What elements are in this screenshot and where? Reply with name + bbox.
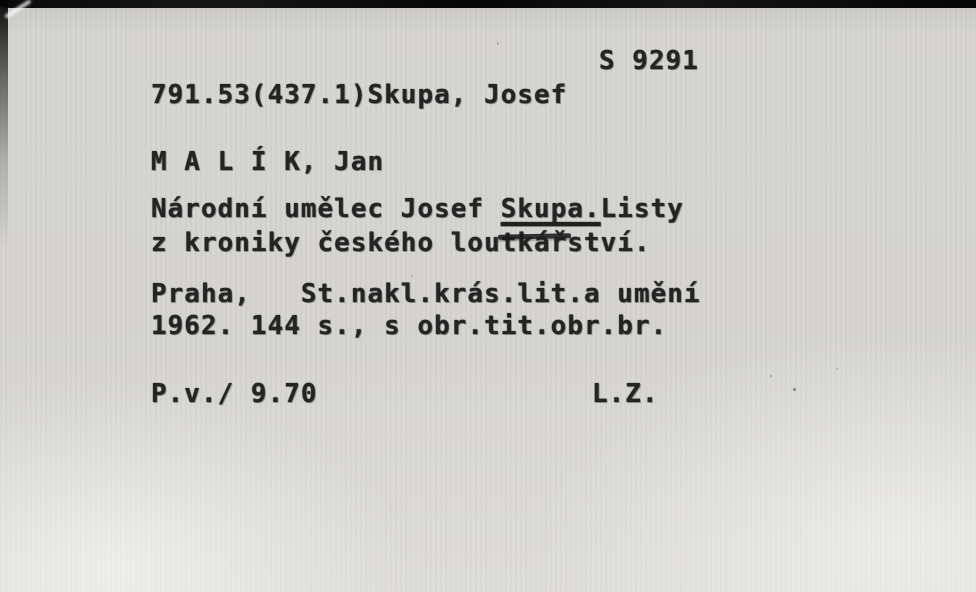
shelf-number: S 9291 (599, 47, 699, 77)
title-line-2: z kroniky českého loutkářství. (151, 229, 651, 259)
title-overstruck-letters: tkář (501, 229, 568, 259)
paper-speck (793, 388, 796, 391)
scan-top-edge (0, 0, 976, 8)
accession-note: P.v./ 9.70 (151, 380, 318, 410)
title-line-1-pre: Národní umělec Josef (151, 194, 501, 224)
paper-speck (497, 42, 499, 45)
paper-speck (770, 375, 772, 377)
paper-speck (836, 368, 838, 370)
title-line-1-post: Listy (601, 194, 684, 224)
catalog-card: S 9291 791.53(437.1)Skupa, Josef M A L Í… (0, 0, 976, 592)
title-line-2-post: ství. (567, 228, 650, 258)
title-line-2-pre: z kroniky českého lou (151, 228, 501, 258)
paper-speck (411, 275, 413, 277)
title-underlined-word: Skupa. (501, 194, 601, 224)
classification-line: 791.53(437.1)Skupa, Josef (151, 81, 567, 111)
title-line-1: Národní umělec Josef Skupa.Listy (151, 195, 684, 225)
imprint-line-1: Praha, St.nakl.krás.lit.a umění (151, 280, 701, 310)
author-heading: M A L Í K, Jan (151, 148, 384, 178)
cataloguer-initials: L.Z. (592, 380, 659, 410)
scan-left-edge (0, 0, 8, 250)
imprint-line-2: 1962. 144 s., s obr.tit.obr.br. (151, 312, 667, 342)
